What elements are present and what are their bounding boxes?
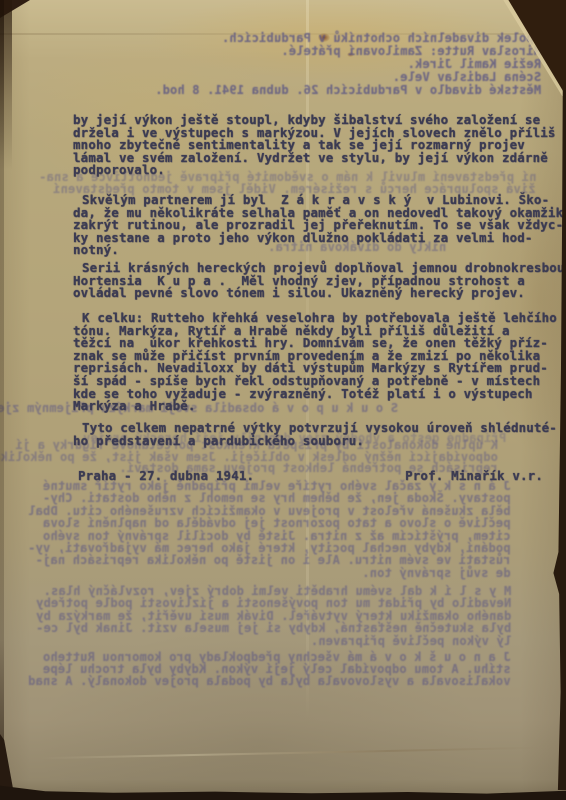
text-line: Markýza a Hrabě.: [73, 400, 557, 413]
scan-edge-bottom: [0, 784, 566, 800]
review-paragraph-2: Skvělým partnerem jí byl Z á k r a v s k…: [73, 194, 563, 257]
text-line: Praha - 27. dubna 1941.: [78, 470, 254, 483]
text-line: ky nestane a proto jeho výkon dlužno pok…: [73, 232, 563, 245]
review-paragraph-5: Tyto celkem nepatrné výtky potvrzují vys…: [73, 422, 557, 447]
footer-signature: Prof. Minařík v.r.: [405, 470, 543, 483]
bleed-line: byla skutečně nešťastná, kdyby si jej mu…: [36, 622, 511, 634]
bottom-crease: [40, 747, 540, 759]
scanned-document-page: { "colors": { "paper": "#b7a87c", "ink":…: [0, 0, 566, 800]
bleedthrough-paragraph: M y s l í k dal svému hraběti velmi dobr…: [36, 585, 511, 647]
text-line: ho představení a pardubického souboru.: [73, 435, 557, 448]
bleed-line: lý výkon pečlivě připraven.: [36, 635, 511, 647]
bleed-line: postavy. Škoda jen, že během hry se nemo…: [28, 492, 511, 504]
bleed-line: vokalisovala a vyslovovala byla by podal…: [28, 675, 511, 687]
paper-sheet: Spolek divadelních ochotníků v Pardubicí…: [0, 0, 566, 800]
text-line: podporovalo.: [73, 164, 556, 177]
bleed-line: pečlivě o slovo a tato pozornost jej odv…: [28, 517, 511, 529]
scan-edge-left-thin: [0, 0, 4, 800]
review-paragraph-4: K celku: Rutteho křehká veselohra by pot…: [73, 312, 557, 413]
bleedthrough-paragraph: J a n o u š k o v á má všechny předpokla…: [28, 651, 511, 688]
bleed-line: růstati ve svém nitru. Ale i on jistě po…: [28, 554, 511, 566]
bleedthrough-header-block: Spolek divadelních ochotníků v Pardubicí…: [155, 32, 541, 97]
text-line: notný.: [73, 244, 563, 257]
bleed-line: Nevadilo by přidat mu ton povýšenosti a …: [36, 597, 511, 609]
footer-place-date: Praha - 27. dubna 1941.: [78, 470, 254, 483]
review-paragraph-1: by její výkon ještě stoupl, kdyby šibals…: [73, 114, 556, 177]
text-line: Prof. Minařík v.r.: [405, 470, 543, 483]
bleedthrough-paragraph: J á n s k ý začal svého rytíře velmi pří…: [28, 480, 511, 579]
scan-corner-bottom-left: [0, 734, 14, 794]
text-line: ovládal pevné slovo tónem i silou. Ukazn…: [73, 287, 565, 300]
bleed-line: Městské divadlo v Pardubicích 26. dubna …: [155, 84, 541, 97]
review-paragraph-3: Serii krásných hereckých projevů doplňov…: [73, 262, 565, 300]
bleed-line: de svůj správný ton.: [28, 567, 511, 579]
